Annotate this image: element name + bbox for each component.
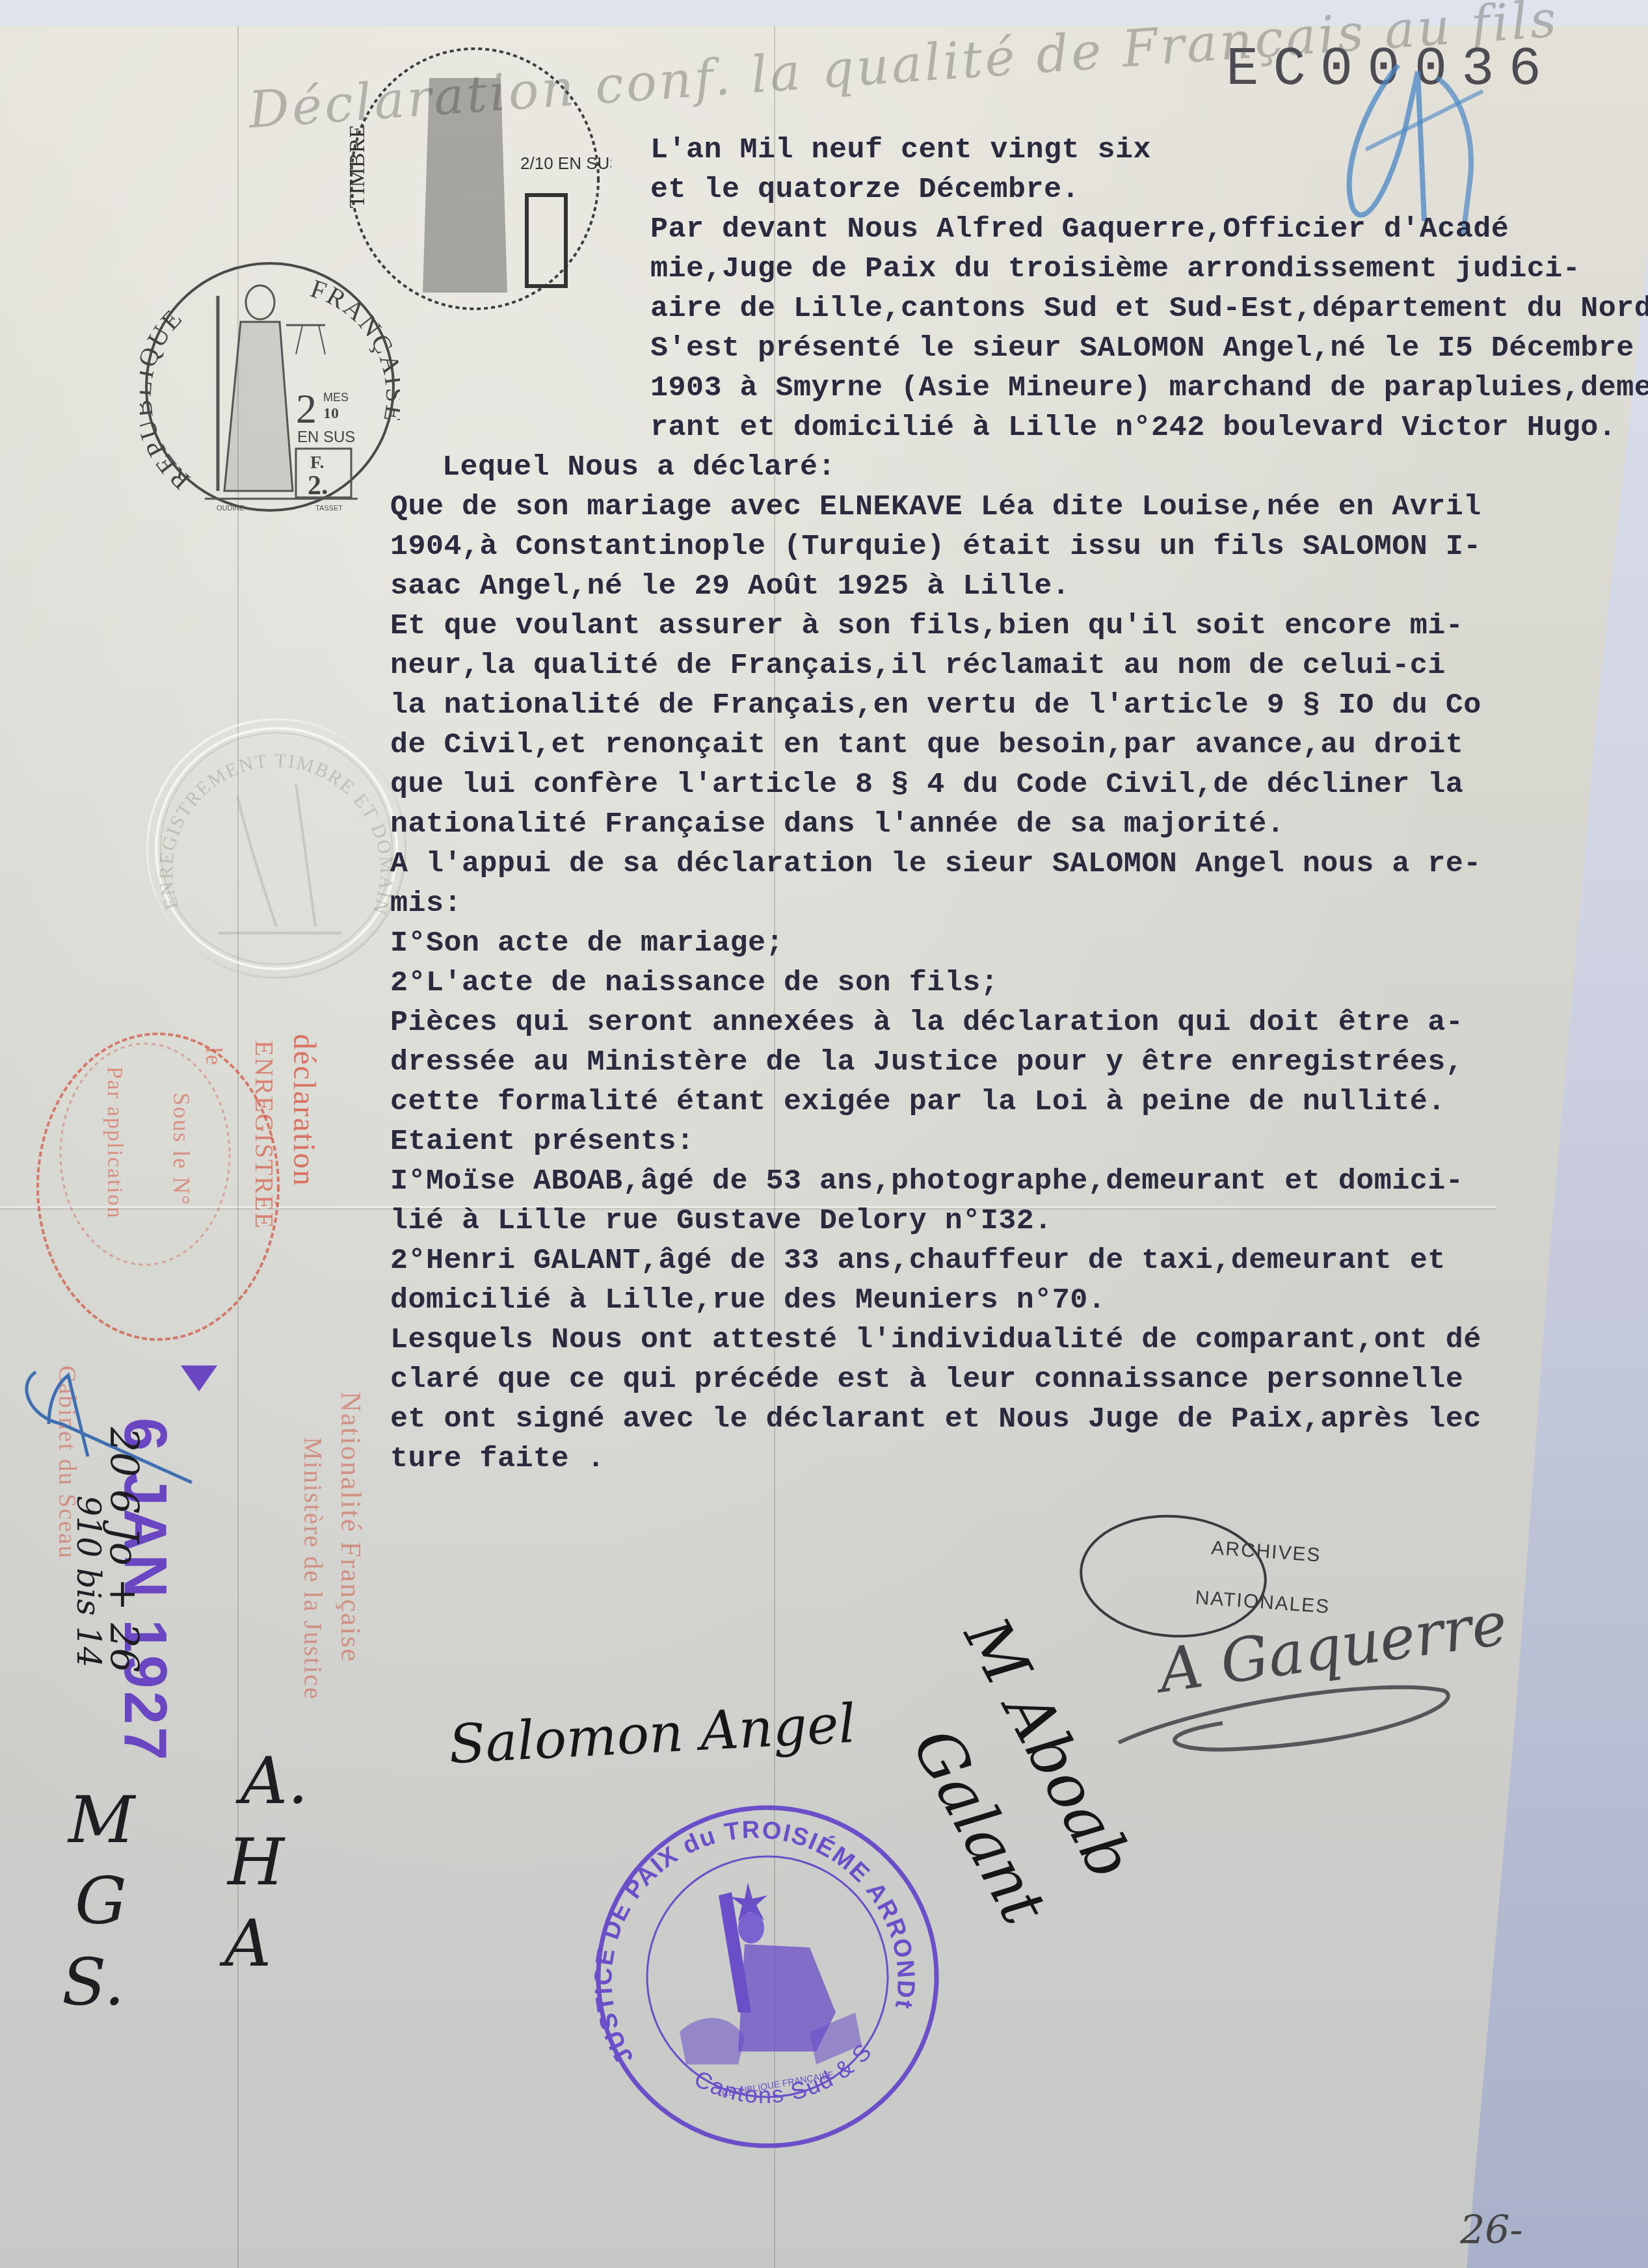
- body-line: la nationalité de Français,en vertu de l…: [390, 685, 1639, 725]
- body-line: S'est présenté le sieur SALOMON Angel,né…: [390, 328, 1639, 368]
- svg-text:TIMBRE: TIMBRE: [345, 125, 369, 208]
- margin-date-note: 20 6 Jo + 26: [101, 1427, 146, 1673]
- svg-text:2.: 2.: [308, 471, 328, 501]
- body-line: que lui confère l'article 8 § 4 du Code …: [390, 765, 1639, 804]
- svg-text:REPUBLIQUE: REPUBLIQUE: [140, 302, 196, 495]
- body-line: aire de Lille,cantons Sud et Sud-Est,dép…: [390, 289, 1639, 328]
- body-line: I°Moïse ABOAB,âgé de 53 ans,photographe,…: [390, 1161, 1639, 1201]
- embossed-enregistrement-seal: ENREGISTREMENT TIMBRE ET DOMAINES: [146, 719, 406, 979]
- body-line: ture faite .: [390, 1439, 1639, 1479]
- body-line: claré que ce qui précéde est à leur conn…: [390, 1360, 1639, 1399]
- margin-initial: H: [228, 1824, 284, 1900]
- body-line: 1904,à Constantinople (Turquie) était is…: [390, 527, 1639, 566]
- svg-text:ENREGISTREMENT TIMBRE ET DOMAI: ENREGISTREMENT TIMBRE ET DOMAINES: [146, 719, 397, 918]
- body-line: rant et domicilié à Lille n°242 boulevar…: [390, 408, 1639, 447]
- body-line: domicilié à Lille,rue des Meuniers n°70.: [390, 1280, 1639, 1320]
- margin-initial: S.: [62, 1944, 125, 2020]
- margin-initial: G: [75, 1863, 127, 1939]
- red-stamp-numero-text: Sous le N°: [168, 1092, 195, 1206]
- svg-text:FRANÇAISE: FRANÇAISE: [307, 274, 400, 426]
- body-line: Par devant Nous Alfred Gaquerre,Officier…: [390, 209, 1639, 249]
- judge-signature-flourish-icon: [1106, 1665, 1470, 1769]
- body-line: neur,la qualité de Français,il réclamait…: [390, 646, 1639, 685]
- margin-reference-note: 910 bis 14: [70, 1496, 107, 1668]
- margin-initial: A.: [241, 1743, 308, 1819]
- declaration-body: L'an Mil neuf cent vingt six et le quato…: [390, 130, 1639, 1479]
- svg-text:OUDINE: OUDINE: [217, 505, 245, 512]
- body-line: cette formalité étant exigée par la Loi …: [390, 1082, 1639, 1122]
- body-line: 1903 à Smyrne (Asie Mineure) marchand de…: [390, 368, 1639, 408]
- body-line: 2°Henri GALANT,âgé de 33 ans,chauffeur d…: [390, 1241, 1639, 1280]
- body-line: de Civil,et renonçait en tant que besoin…: [390, 725, 1639, 765]
- body-line: Pièces qui seront annexées à la déclarat…: [390, 1003, 1639, 1042]
- body-line: mie,Juge de Paix du troisième arrondisse…: [650, 249, 1648, 289]
- body-line: et ont signé avec le déclarant et Nous J…: [390, 1399, 1639, 1439]
- red-stamp-application-text: Par application: [102, 1066, 127, 1219]
- red-stamp-declaration-text: déclaration: [286, 1034, 322, 1187]
- body-line: Que de son mariage avec ELNEKAVE Léa dit…: [390, 487, 1639, 527]
- body-line: nationalité Française dans l'année de sa…: [390, 804, 1639, 844]
- body-line: 2°L'acte de naissance de son fils;: [390, 963, 1639, 1003]
- red-stamp-le-text: le: [200, 1047, 228, 1066]
- body-line: lié à Lille rue Gustave Delory n°I32.: [390, 1201, 1639, 1241]
- svg-text:2: 2: [296, 386, 317, 432]
- body-line: Et que voulant assurer à son fils,bien q…: [390, 606, 1639, 646]
- svg-text:MES: MES: [323, 391, 349, 404]
- page-number: 26-: [1460, 2208, 1523, 2253]
- svg-text:TASSET: TASSET: [315, 505, 343, 512]
- body-line: Lequel Nous a déclaré:: [390, 447, 1639, 487]
- red-vertical-text: Nationalité Française: [334, 1391, 367, 1663]
- svg-text:F.: F.: [310, 453, 325, 473]
- body-line: saac Angel,né le 29 Août 1925 à Lille.: [390, 566, 1639, 606]
- svg-text:EN SUS: EN SUS: [297, 429, 355, 446]
- body-line: mis:: [390, 884, 1639, 923]
- justice-de-paix-seal: JUSTICE DE PAIX du TROISIÉME ARRONDt de …: [589, 1798, 946, 2156]
- svg-text:10: 10: [323, 405, 339, 422]
- body-line: A l'appui de sa déclaration le sieur SAL…: [390, 844, 1639, 884]
- body-line: I°Son acte de mariage;: [390, 923, 1639, 963]
- body-line: dressée au Ministère de la Justice pour …: [390, 1042, 1639, 1082]
- body-line: Lesquels Nous ont attesté l'individualit…: [390, 1320, 1639, 1360]
- red-stamp-enregistree-text: ENREGISTRÉE: [249, 1040, 280, 1230]
- fiscal-stamp-republique-francaise: REPUBLIQUE FRANÇAISE 2 MES 10 EN SUS F. …: [140, 257, 400, 517]
- margin-initial: A: [224, 1905, 271, 1981]
- margin-initial: M: [68, 1782, 135, 1858]
- body-line: et le quatorze Décembre.: [390, 170, 1639, 209]
- red-vertical-text: Ministère de la Justice: [298, 1437, 328, 1700]
- body-line: L'an Mil neuf cent vingt six: [390, 130, 1639, 170]
- body-line: Etaient présents:: [390, 1122, 1639, 1161]
